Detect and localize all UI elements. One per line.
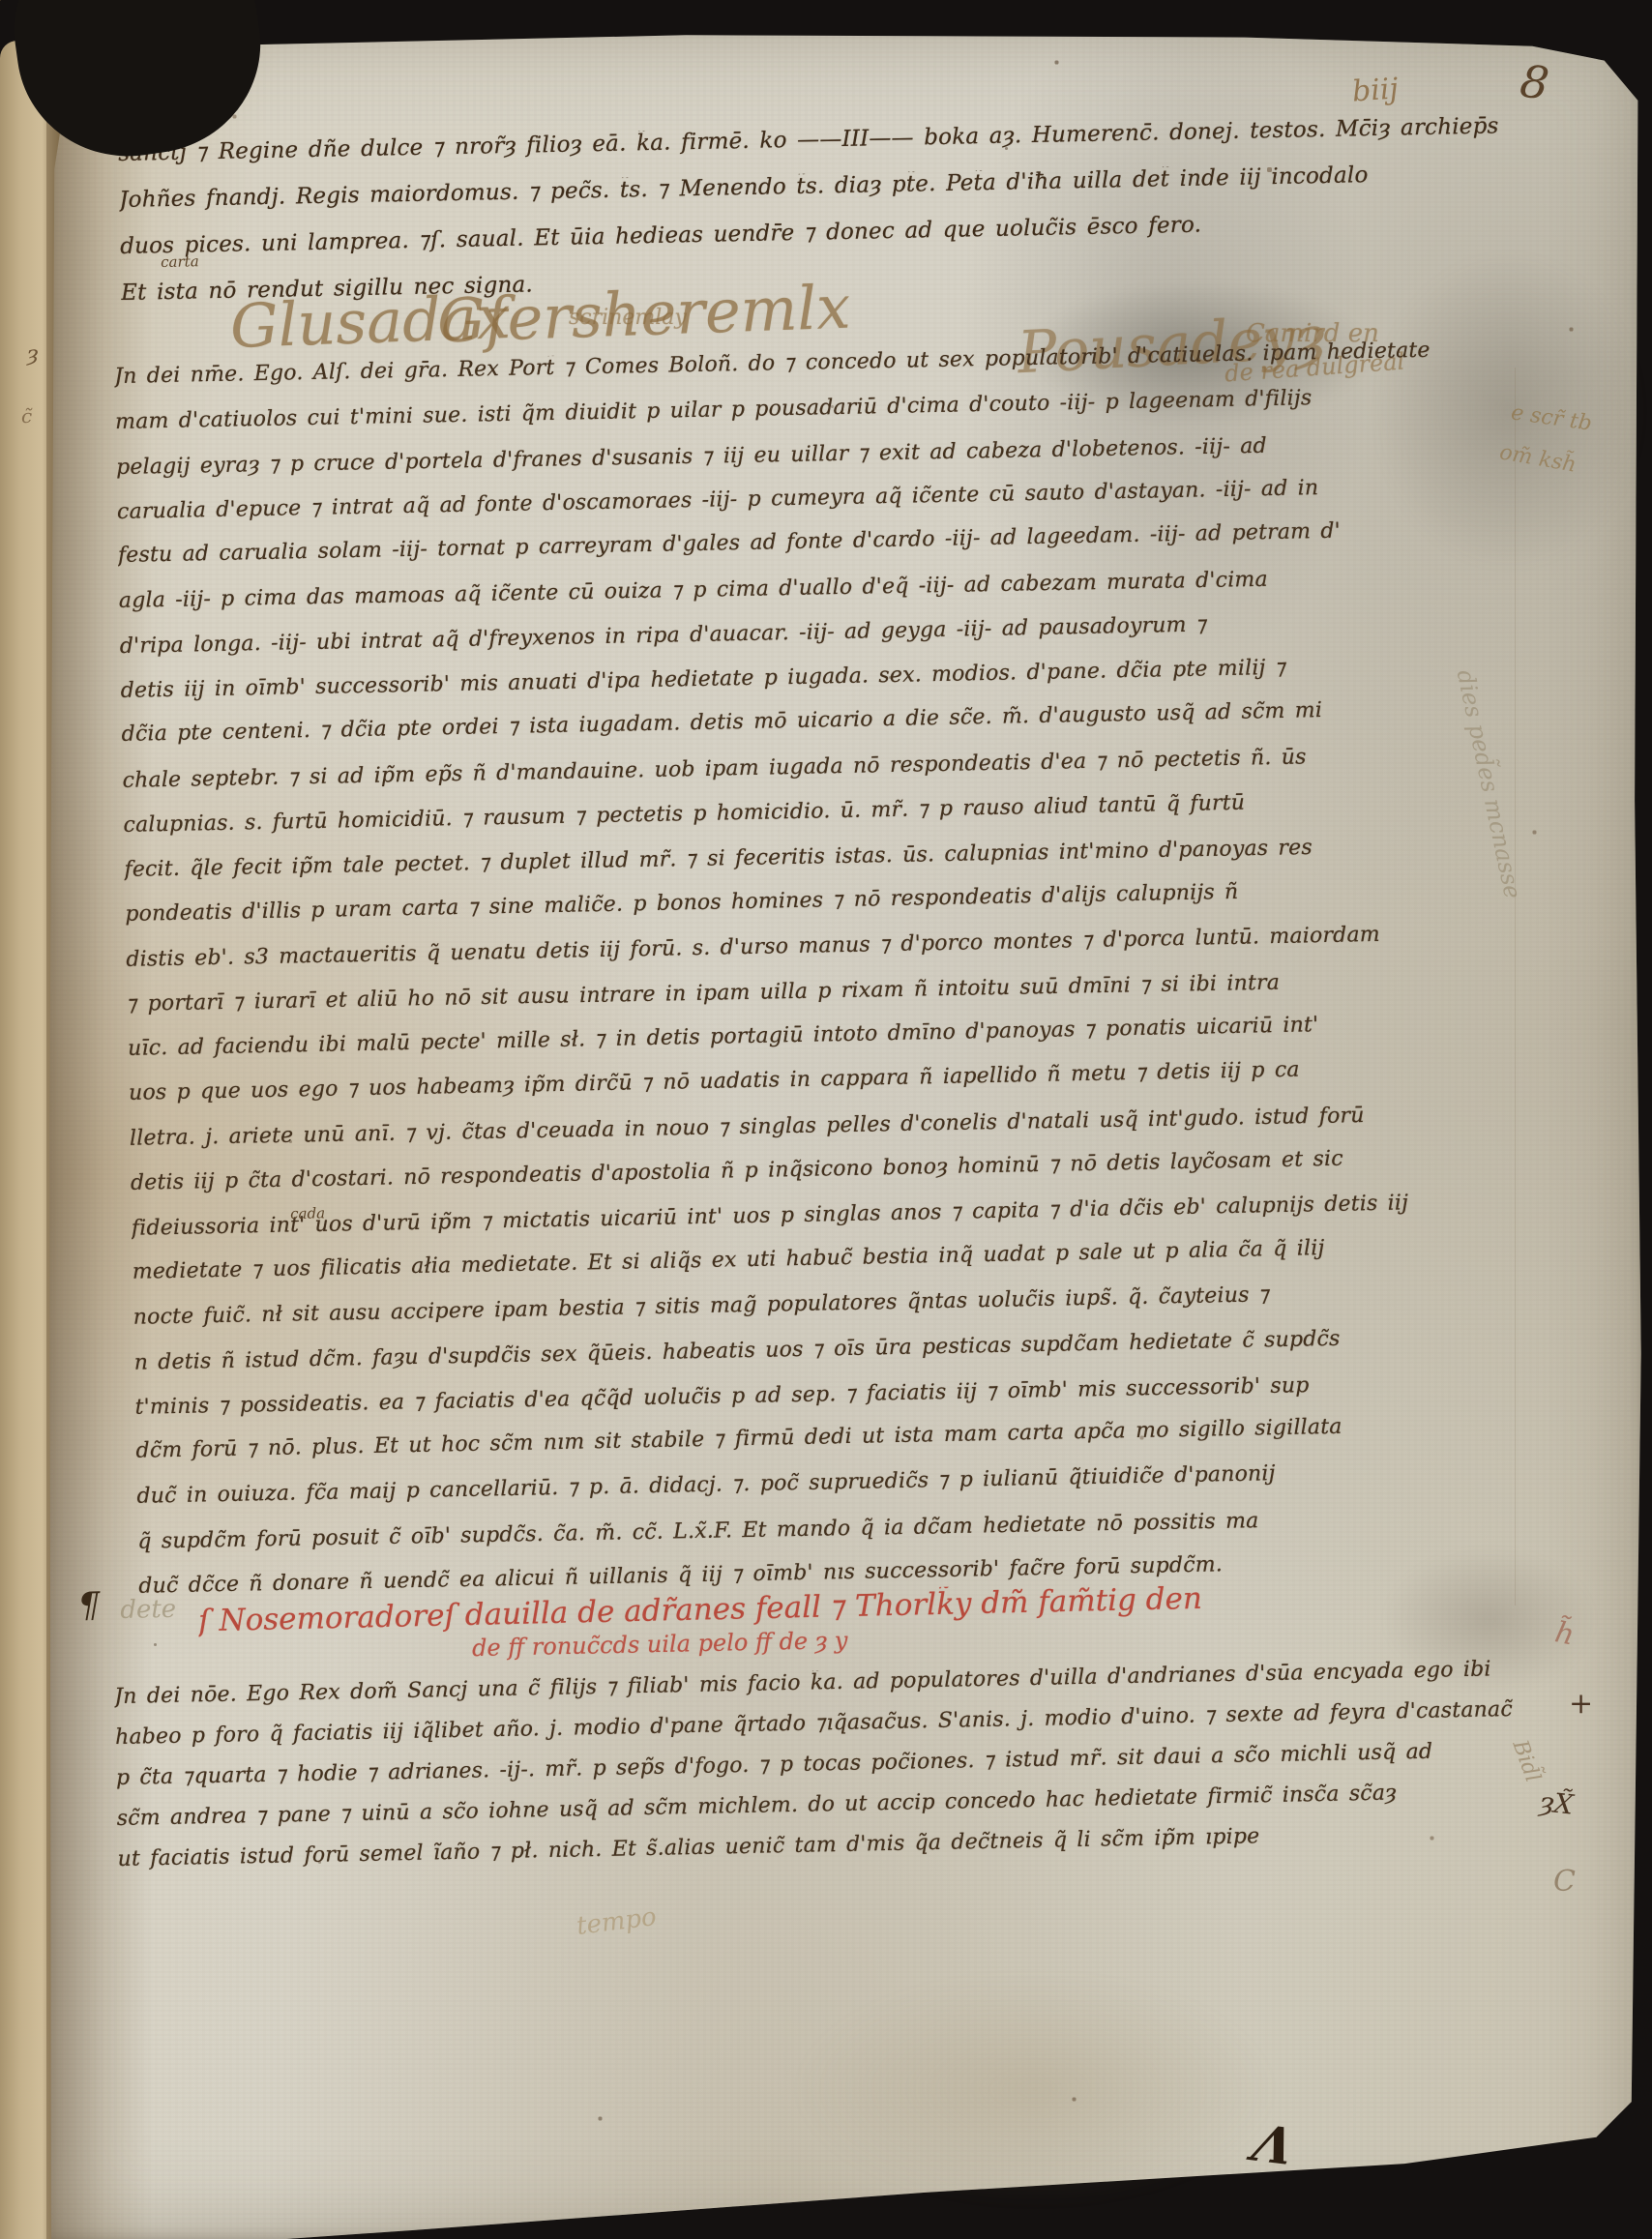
folio-mark: biij xyxy=(1351,72,1400,108)
right-margin-zx-mark: ȝX̃ xyxy=(1538,1785,1575,1820)
right-margin-c-flourish: C xyxy=(1553,1865,1576,1899)
parchment-specks xyxy=(0,0,1,1)
right-margin-cross-mark: + xyxy=(1569,1687,1593,1721)
interlinear-note-cada: cada xyxy=(290,1204,325,1223)
manuscript-scan: biij 8 sanctj ⁊ Regine dñe dulce ⁊ nror̃… xyxy=(0,0,1652,2239)
paragraph-mark: ¶ xyxy=(77,1586,101,1626)
second-charter-block: Jn dei nōe. Ego Rex dom̃ Sancj una c̃ fi… xyxy=(114,1657,1535,1888)
interlinear-note-carta: carta xyxy=(161,252,199,271)
faded-margin-word: dete xyxy=(120,1595,176,1625)
faded-heading-word-2-small: scrinemlay xyxy=(569,306,687,330)
left-margin-mark-1: ȝ xyxy=(27,342,38,367)
left-margin-mark-2: c̃ xyxy=(21,404,32,427)
charter-text-block: Jn dei nm̄e. Ego. Alſ. dei gr̄a. Rex Por… xyxy=(114,338,1547,1619)
